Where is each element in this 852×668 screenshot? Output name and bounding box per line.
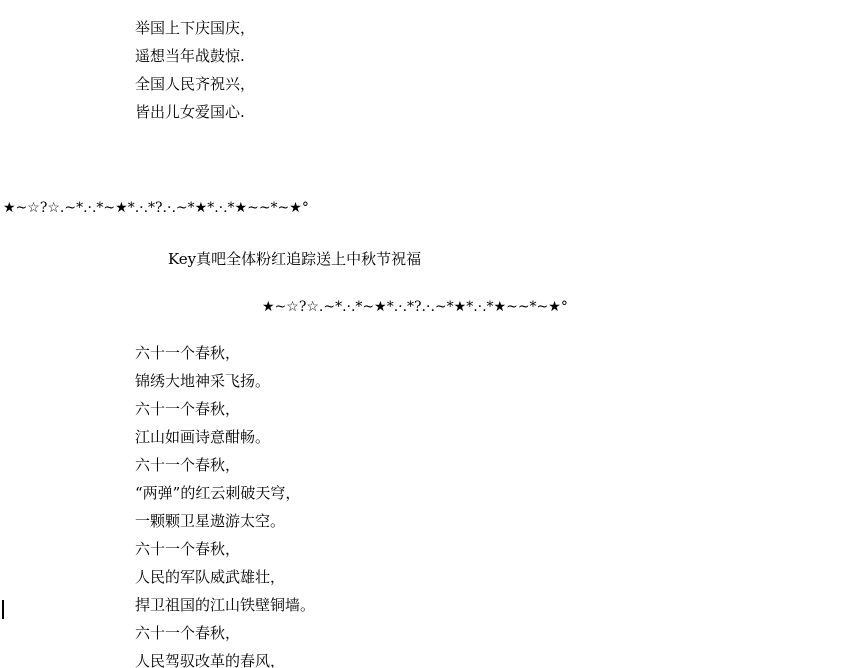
poem-line: 六十一个春秋， [135,457,240,473]
poem-line: 江山如画诗意酣畅。 [135,429,270,445]
greeting-title: Key真吧全体粉红追踪送上中秋节祝福 [168,251,421,267]
poem-line: 皆出儿女爱国心. [135,104,245,120]
poem-line: 人民的军队威武雄壮， [135,569,285,585]
star-divider-bottom: ★~☆?☆.~*.·.*~★*.·.*?.·.~*★*.·.*★~~*~★° [262,299,568,315]
poem-line: 锦绣大地神采飞扬。 [135,373,270,389]
poem-line: 一颗颗卫星遨游太空。 [135,513,285,529]
star-divider-top: ★~☆?☆.~*.·.*~★*.·.*?.·.~*★*.·.*★~~*~★° [3,200,309,216]
poem-line: 捍卫祖国的江山铁壁铜墙。 [135,597,315,613]
poem-line: 六十一个春秋， [135,401,240,417]
poem-line: 六十一个春秋， [135,625,240,641]
poem-line: 六十一个春秋， [135,541,240,557]
poem-line: 遥想当年战鼓惊. [135,48,245,64]
poem-line: 全国人民齐祝兴， [135,76,255,92]
text-caret [2,600,4,619]
poem-line: 举国上下庆国庆， [135,20,255,36]
poem-line: “两弹”的红云刺破天穹， [135,485,300,501]
poem-line: 人民驾驭改革的春风， [135,653,285,668]
poem-line: 六十一个春秋， [135,345,240,361]
text-document-page[interactable]: 举国上下庆国庆， 遥想当年战鼓惊. 全国人民齐祝兴， 皆出儿女爱国心. ★~☆?… [0,0,852,668]
